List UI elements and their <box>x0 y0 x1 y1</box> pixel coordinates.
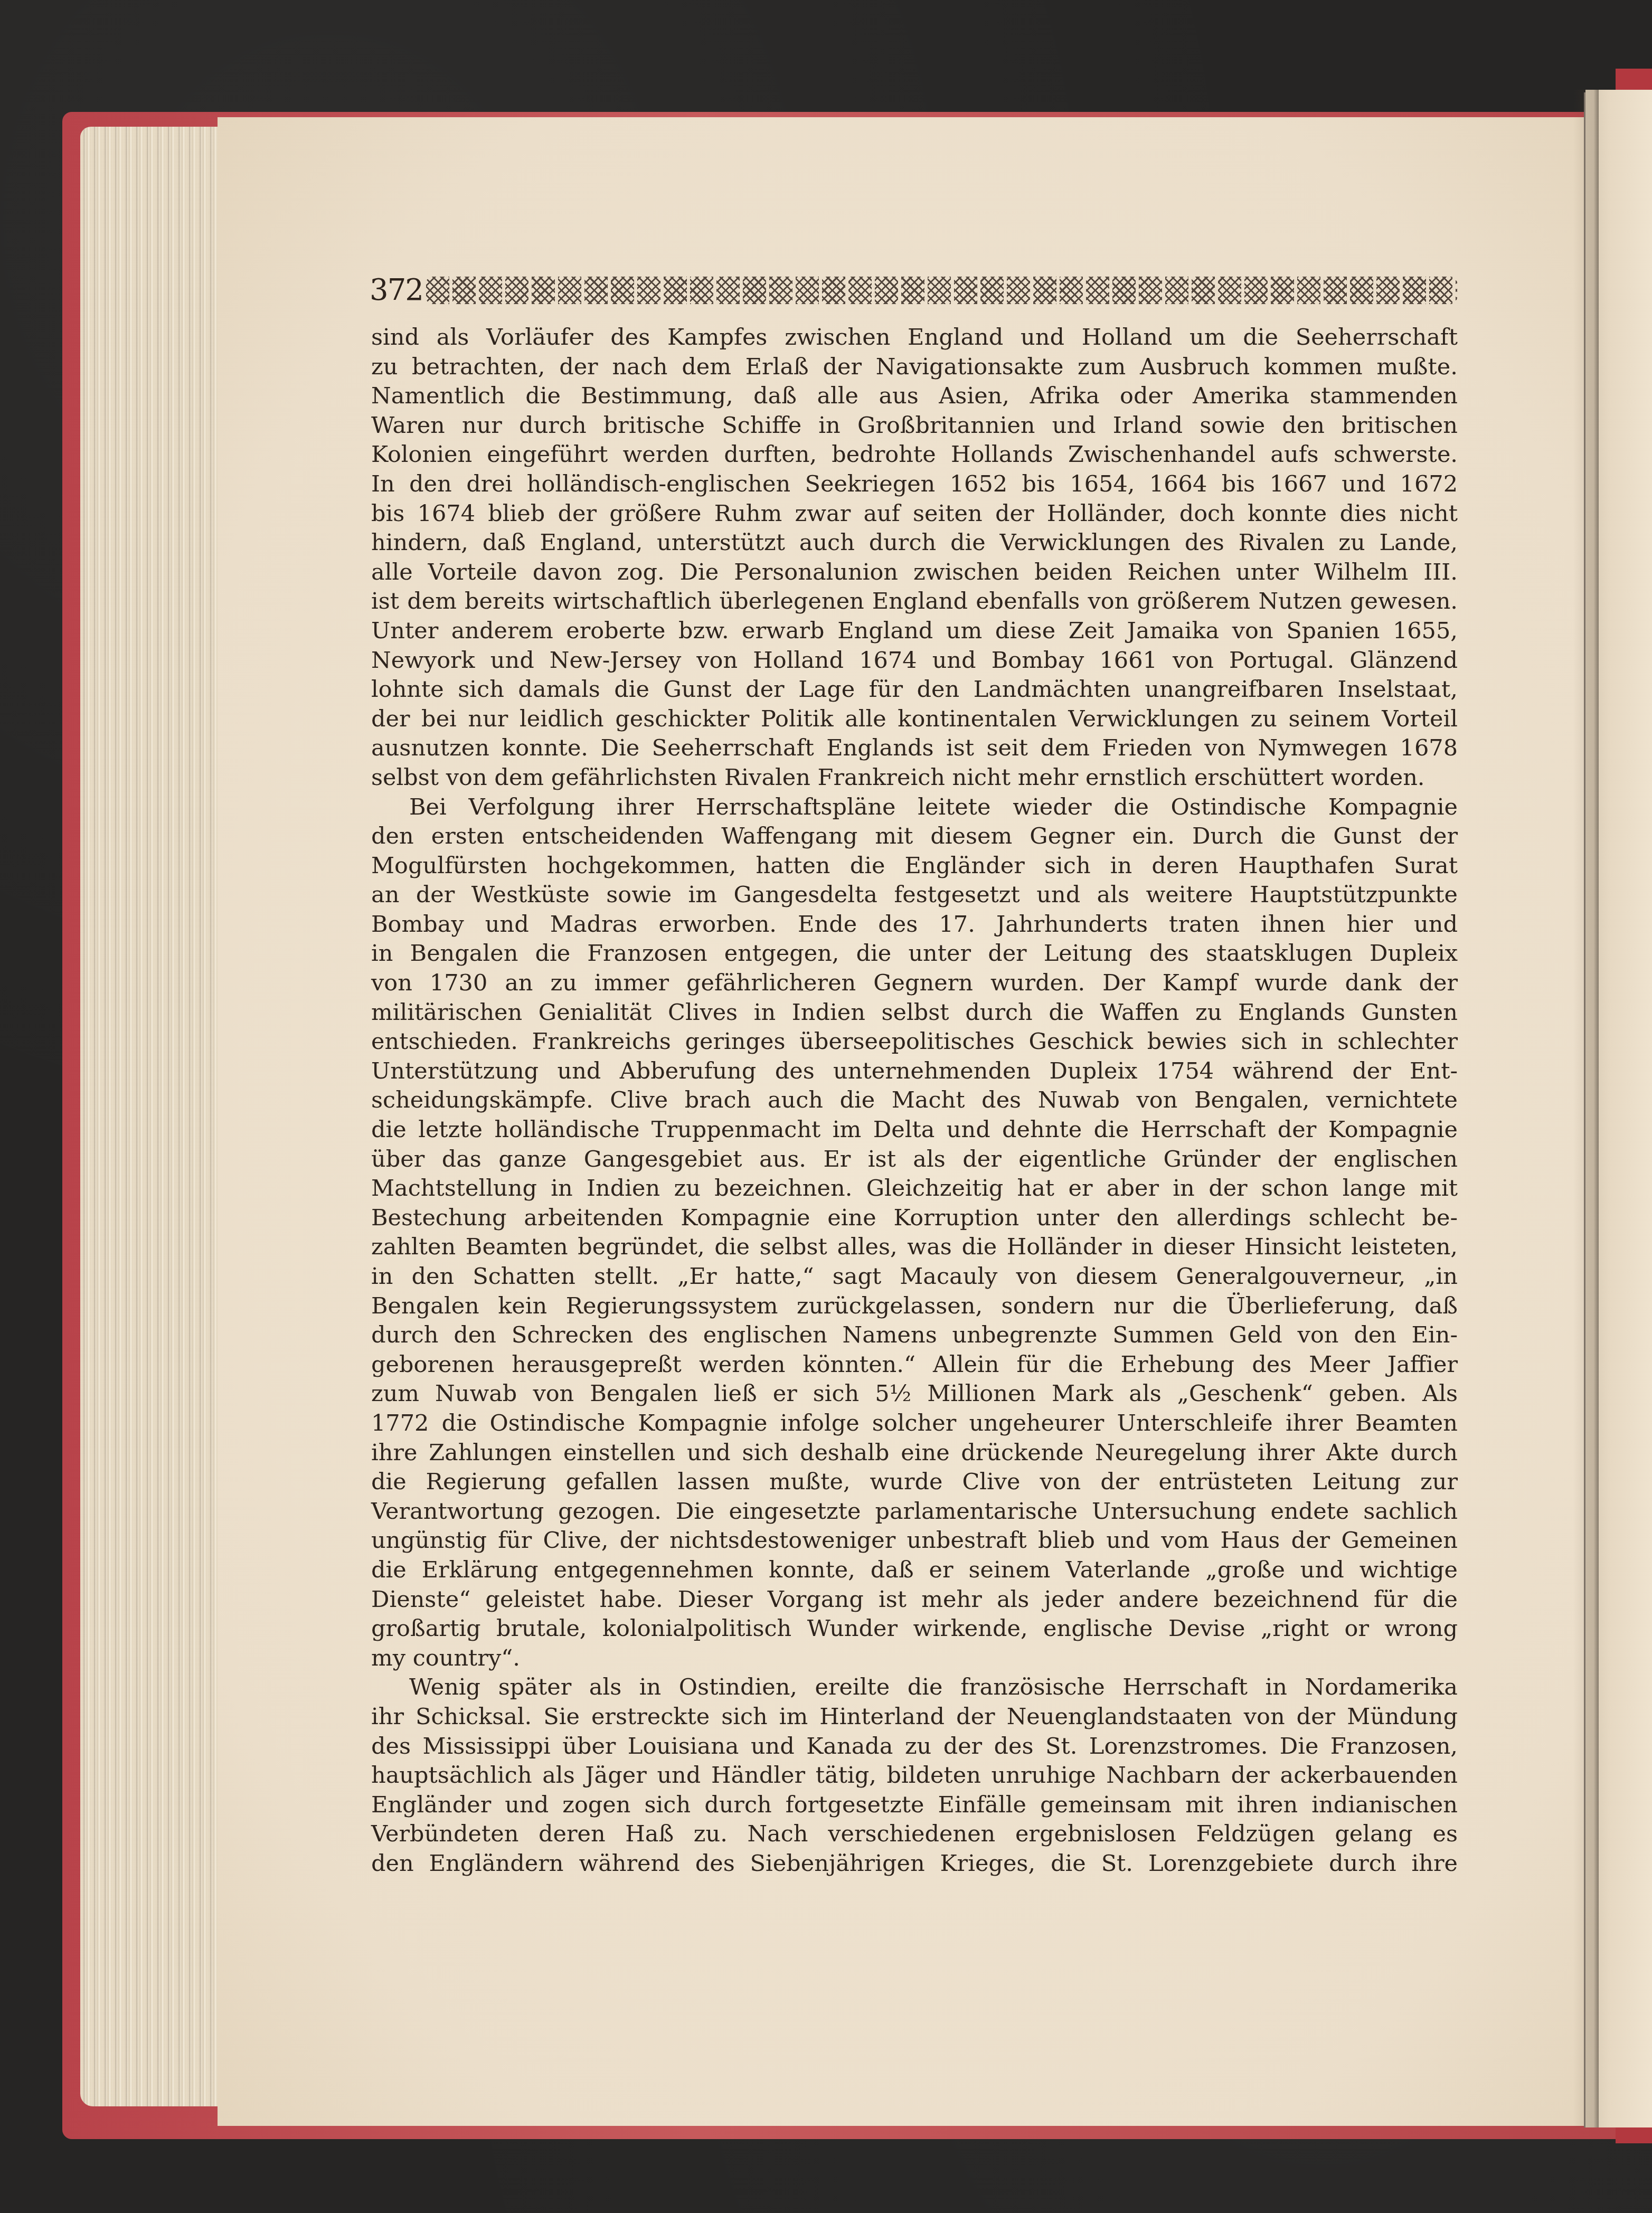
text-line: Bestechung arbeitenden Kompagnie eine Ko… <box>371 1204 1458 1233</box>
paragraph-first-line: Wenig später als in Ostindien, ereilte d… <box>371 1673 1458 1703</box>
text-line: militärischen Genialität Clives in Indie… <box>371 998 1458 1028</box>
text-line: lohnte sich damals die Gunst der Lage fü… <box>371 675 1458 705</box>
text-line: in Bengalen die Franzosen entgegen, die … <box>371 939 1458 969</box>
text-line: In den drei holländisch-englischen Seekr… <box>371 470 1458 499</box>
text-line: ihr Schicksal. Sie erstreckte sich im Hi… <box>371 1703 1458 1732</box>
page-number: 372 <box>370 276 423 305</box>
text-line: ihre Zahlungen einstellen und sich desha… <box>371 1439 1458 1468</box>
text-line: selbst von dem gefährlichsten Rivalen Fr… <box>371 763 1458 793</box>
text-line: an der Westküste sowie im Gangesdelta fe… <box>371 881 1458 910</box>
body-text: sind als Vorläufer des Kampfes zwischen … <box>371 323 1458 1878</box>
text-line: ausnutzen konnte. Die Seeherrschaft Engl… <box>371 734 1458 763</box>
text-line: zahlten Beamten begründet, die selbst al… <box>371 1233 1458 1262</box>
text-line: Unterstützung und Abberufung des unterne… <box>371 1057 1458 1086</box>
text-line: Namentlich die Bestimmung, daß alle aus … <box>371 382 1458 411</box>
text-line: Unter anderem eroberte bzw. erwarb Engla… <box>371 617 1458 646</box>
text-line: über das ganze Gangesgebiet aus. Er ist … <box>371 1145 1458 1175</box>
text-line: großartig brutale, kolonialpolitisch Wun… <box>371 1614 1458 1644</box>
text-line: zum Nuwab von Bengalen ließ er sich 5½ M… <box>371 1379 1458 1409</box>
text-line: geborenen herausgepreßt werden könnten.“… <box>371 1350 1458 1380</box>
text-line: ungünstig für Clive, der nichtsdestoweni… <box>371 1526 1458 1556</box>
text-line: von 1730 an zu immer gefährlicheren Gegn… <box>371 969 1458 998</box>
knotwork-ornament-band <box>426 277 1457 304</box>
text-line: Newyork und New-Jersey von Holland 1674 … <box>371 646 1458 676</box>
text-line: Verantwortung gezogen. Die eingesetzte p… <box>371 1497 1458 1527</box>
text-line: Dienste“ geleistet habe. Dieser Vorgang … <box>371 1585 1458 1615</box>
text-line: Verbündeten deren Haß zu. Nach verschied… <box>371 1820 1458 1849</box>
text-line: Machtstellung in Indien zu bezeichnen. G… <box>371 1174 1458 1204</box>
text-line: my country“. <box>371 1644 1458 1673</box>
text-line: der bei nur leidlich geschickter Politik… <box>371 705 1458 734</box>
text-line: entschieden. Frankreichs geringes überse… <box>371 1027 1458 1057</box>
gutter-fold-line <box>1584 92 1585 2127</box>
text-line: Bombay und Madras erworben. Ende des 17.… <box>371 910 1458 940</box>
text-line: bis 1674 blieb der größere Ruhm zwar auf… <box>371 499 1458 529</box>
text-line: 1772 die Ostindische Kompagnie infolge s… <box>371 1409 1458 1439</box>
text-line: des Mississippi über Louisiana und Kanad… <box>371 1732 1458 1762</box>
text-line: sind als Vorläufer des Kampfes zwischen … <box>371 323 1458 353</box>
text-line: durch den Schrecken des englischen Namen… <box>371 1321 1458 1350</box>
text-line: Engländer und zogen sich durch fortgeset… <box>371 1791 1458 1820</box>
text-line: zu betrachten, der nach dem Erlaß der Na… <box>371 353 1458 382</box>
text-line: den ersten entscheidenden Waffengang mit… <box>371 822 1458 852</box>
text-line: ist dem bereits wirtschaftlich überlegen… <box>371 587 1458 617</box>
text-line: alle Vorteile davon zog. Die Personaluni… <box>371 558 1458 588</box>
text-line: hauptsächlich als Jäger und Händler täti… <box>371 1761 1458 1791</box>
page-block-edge <box>80 127 218 2106</box>
text-line: die Regierung gefallen lassen mußte, wur… <box>371 1468 1458 1497</box>
text-line: Kolonien eingeführt werden durften, bedr… <box>371 440 1458 470</box>
text-line: die letzte holländische Truppenmacht im … <box>371 1115 1458 1145</box>
text-line: scheidungskämpfe. Clive brach auch die M… <box>371 1086 1458 1115</box>
text-line: Bengalen kein Regierungssystem zurückgel… <box>371 1292 1458 1321</box>
text-line: Waren nur durch britische Schiffe in Gro… <box>371 411 1458 441</box>
gutter-shadow <box>1573 90 1599 2127</box>
paragraph-first-line: Bei Verfolgung ihrer Herrschaftspläne le… <box>371 793 1458 822</box>
text-line: Mogulfürsten hochgekommen, hatten die En… <box>371 852 1458 881</box>
running-header: 372 <box>370 258 1457 305</box>
text-line: den Engländern während des Siebenjährige… <box>371 1849 1458 1879</box>
text-line: die Erklärung entgegennehmen konnte, daß… <box>371 1556 1458 1585</box>
text-line: hindern, daß England, unterstützt auch d… <box>371 528 1458 558</box>
text-line: in den Schatten stellt. „Er hatte,“ sagt… <box>371 1262 1458 1292</box>
